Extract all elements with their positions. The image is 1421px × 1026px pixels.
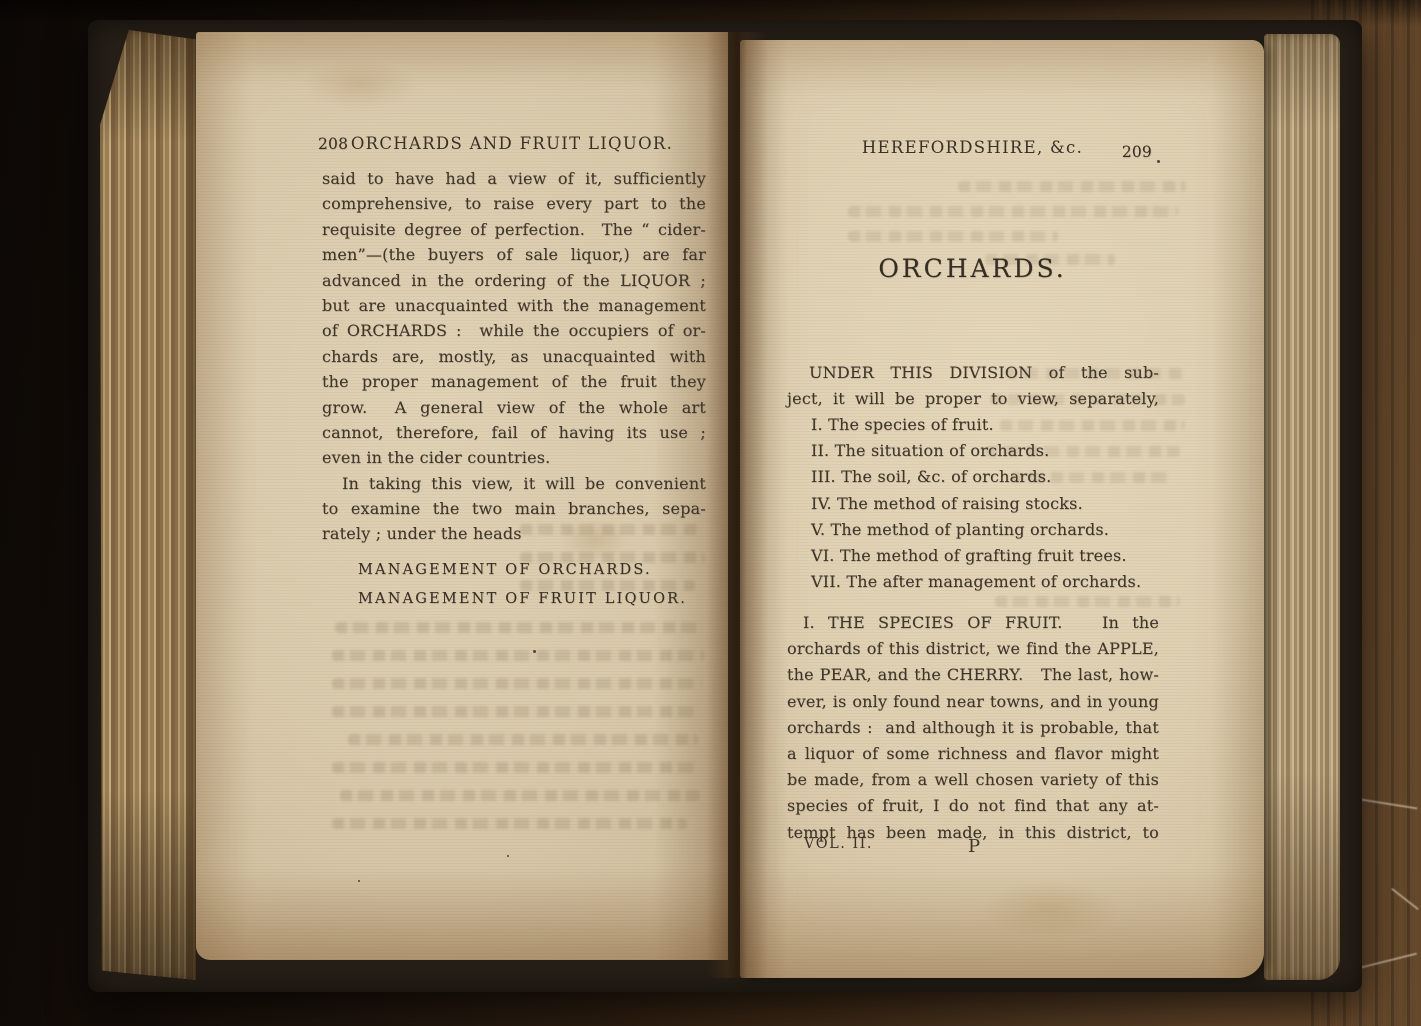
division-list: I. The species of fruit. II. The situati…	[787, 412, 1159, 595]
show-through-line	[332, 650, 704, 661]
page-footer: VOL. II. P	[800, 836, 1160, 862]
list-item: VI. The method of grafting fruit trees.	[787, 543, 1159, 569]
list-item: III. The soil, &c. of orchards.	[787, 464, 1159, 490]
left-page-section-heads: MANAGEMENT OF ORCHARDS. MANAGEMENT OF FR…	[358, 556, 710, 614]
body-line: of ORCHARDS : while the occupiers of or-	[322, 318, 706, 343]
list-item: II. The situation of orchards.	[787, 438, 1159, 464]
body-line: I. THE SPECIES OF FRUIT. In the	[787, 610, 1159, 636]
left-page-number: 208	[318, 135, 348, 153]
list-item: IV. The method of raising stocks.	[787, 491, 1159, 517]
left-running-head: 208 ORCHARDS AND FRUIT LIQUOR.	[318, 134, 706, 153]
list-item: I. The species of fruit.	[787, 412, 1159, 438]
body-line: said to have had a view of it, sufficien…	[322, 166, 706, 191]
show-through-line	[958, 181, 1186, 192]
species-paragraph: I. THE SPECIES OF FRUIT. In the orchards…	[787, 610, 1159, 846]
body-line: grow. A general view of the whole art	[322, 395, 706, 420]
chapter-title: ORCHARDS.	[785, 254, 1160, 283]
body-line: species of fruit, I do not find that any…	[787, 793, 1159, 819]
body-line: ject, it will be proper to view, separat…	[787, 386, 1159, 412]
left-fore-edge-pages	[100, 30, 196, 980]
body-line: chards are, mostly, as unacquainted with	[322, 344, 706, 369]
paper-stain	[980, 880, 1120, 940]
body-line: rately ; under the heads	[322, 521, 706, 546]
ink-speck	[507, 855, 509, 857]
volume-label: VOL. II.	[804, 836, 873, 852]
ink-speck	[358, 880, 360, 882]
signature-mark: P	[968, 836, 980, 857]
section-head: MANAGEMENT OF ORCHARDS.	[358, 556, 710, 585]
body-line: to examine the two main branches, sepa-	[322, 496, 706, 521]
right-fore-edge-pages	[1264, 34, 1340, 980]
left-running-head-text: ORCHARDS AND FRUIT LIQUOR.	[318, 134, 706, 153]
list-item: V. The method of planting orchards.	[787, 517, 1159, 543]
show-through-line	[332, 818, 687, 829]
body-line: men”—(the buyers of sale liquor,) are fa…	[322, 242, 706, 267]
book-photograph: 208 ORCHARDS AND FRUIT LIQUOR. said to h…	[0, 0, 1421, 1026]
left-page-body: said to have had a view of it, sufficien…	[322, 166, 706, 547]
show-through-line	[332, 678, 702, 689]
body-line: ever, is only found near towns, and in y…	[787, 689, 1159, 715]
show-through-line	[340, 790, 700, 801]
body-line: the PEAR, and the CHERRY. The last, how-	[787, 662, 1159, 688]
show-through-line	[335, 622, 703, 633]
body-line: be made, from a well chosen variety of t…	[787, 767, 1159, 793]
body-line: In taking this view, it will be convenie…	[322, 471, 706, 496]
body-line: comprehensive, to raise every part to th…	[322, 191, 706, 216]
right-page-number: 209	[1122, 143, 1152, 161]
body-line: even in the cider countries.	[322, 445, 706, 470]
right-running-head: HEREFORDSHIRE, &c. 209	[785, 138, 1160, 157]
intro-paragraph: UNDER THIS DIVISION of the sub- ject, it…	[787, 360, 1159, 412]
body-line: the proper management of the fruit they	[322, 369, 706, 394]
body-line: requisite degree of perfection. The “ ci…	[322, 217, 706, 242]
body-line: UNDER THIS DIVISION of the sub-	[787, 360, 1159, 386]
body-line: but are unacquainted with the management	[322, 293, 706, 318]
body-line: a liquor of some richness and flavor mig…	[787, 741, 1159, 767]
body-line: advanced in the ordering of the LIQUOR ;	[322, 268, 706, 293]
body-line: orchards of this district, we find the A…	[787, 636, 1159, 662]
section-head: MANAGEMENT OF FRUIT LIQUOR.	[358, 585, 710, 614]
show-through-line	[995, 596, 1180, 607]
show-through-line	[332, 762, 700, 773]
body-line: orchards : and although it is probable, …	[787, 715, 1159, 741]
list-item: VII. The after management of orchards.	[787, 569, 1159, 595]
show-through-line	[848, 231, 1058, 242]
show-through-line	[332, 706, 700, 717]
show-through-line	[848, 206, 1178, 217]
body-line: cannot, therefore, fail of having its us…	[322, 420, 706, 445]
ink-speck	[1157, 160, 1160, 163]
show-through-line	[348, 734, 698, 745]
paper-stain	[300, 60, 420, 110]
right-running-head-text: HEREFORDSHIRE, &c.	[785, 138, 1160, 157]
page-gutter	[706, 32, 768, 978]
